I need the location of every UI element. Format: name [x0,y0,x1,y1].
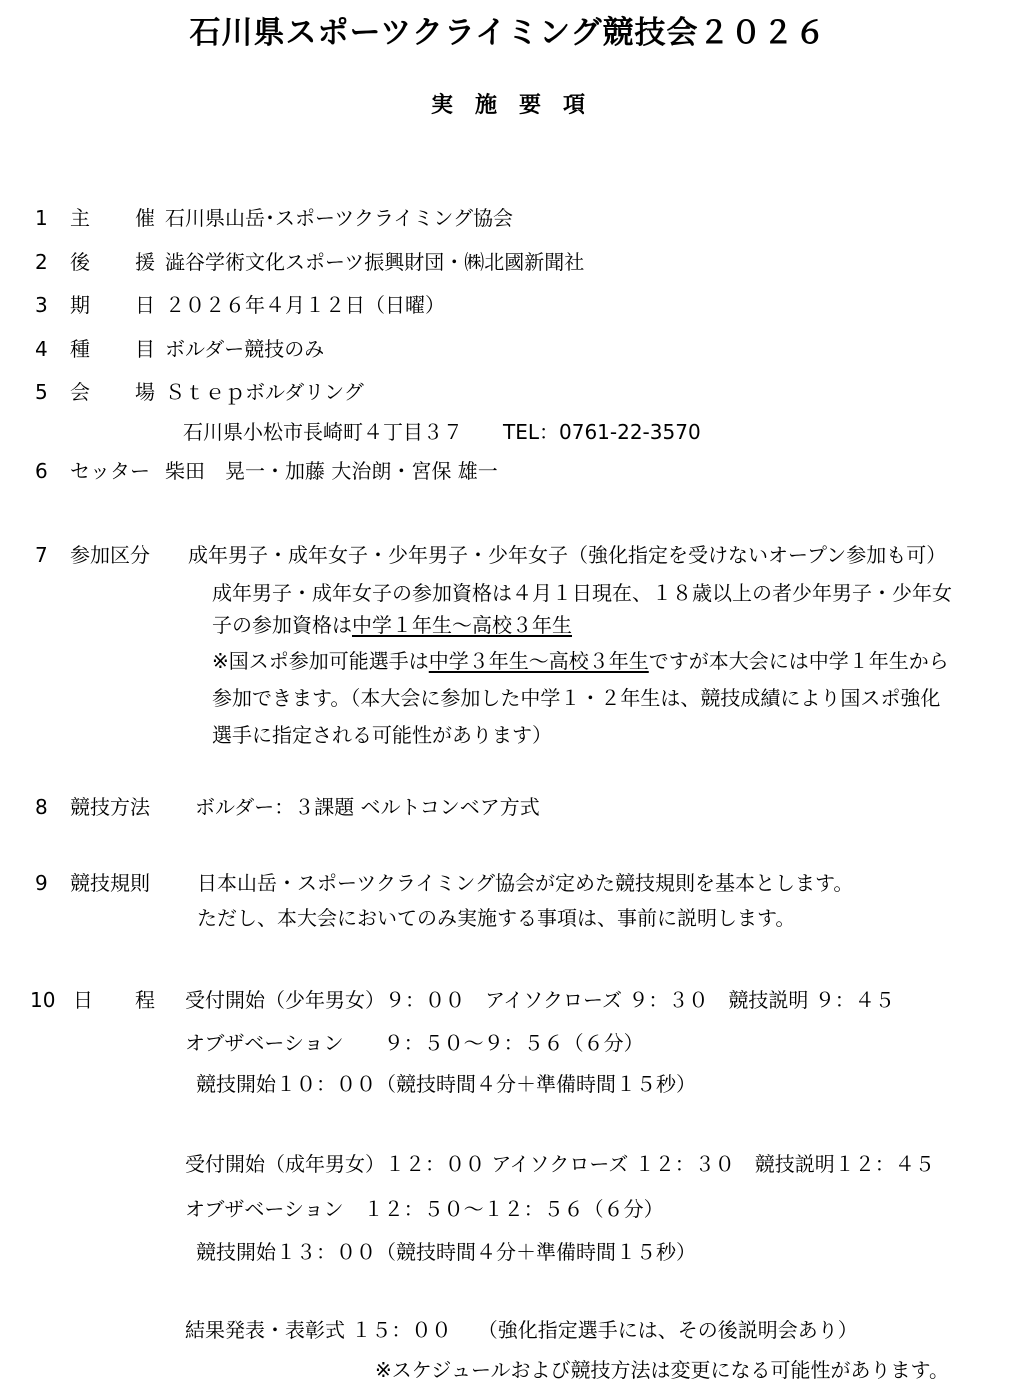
item9-label: 競技規則 [70,871,150,895]
item10-label-char2: 程 [135,988,155,1012]
item5-venue-address: 石川県小松市長崎町４丁目３７ TEL：0761-22-3570 [183,420,701,444]
item2-content: 澁谷学術文化スポーツ振興財団・㈱北國新聞社 [165,250,584,274]
schedule-change-note: ※スケジュールおよび競技方法は変更になる可能性があります。 [375,1358,949,1382]
item7-eligibility-line1: 成年男子・成年女子の参加資格は４月１日現在、１８歳以上の者少年男子・少年女 [212,581,952,605]
item5-label-char1: 会 [70,380,90,404]
item7-content: 成年男子・成年女子・少年男子・少年女子（強化指定を受けないオープン参加も可） [188,543,946,567]
schedule-senior-start-line: 競技開始１３：００（競技時間４分＋準備時間１５秒） [196,1240,696,1264]
item4-content: ボルダー競技のみ [165,337,324,361]
item6-label: セッター [70,459,150,483]
item6-number: 6 [35,459,48,483]
item1-label-char1: 主 [70,206,90,230]
item7-note-line3: 選手に指定される可能性があります） [212,723,552,747]
item8-number: 8 [35,795,48,819]
item3-number: 3 [35,293,48,317]
item7-note-line1-suffix: ですが本大会には中学１年生から [649,649,949,673]
item7-note-line1-prefix: ※国スポ参加可能選手は [212,649,429,673]
item10-number: 10 [30,988,55,1012]
schedule-junior-observation-line: オブザベーション ９：５０～９：５６（６分） [185,1031,644,1055]
item1-content: 石川県山岳･スポーツクライミング協会 [165,206,513,230]
item9-number: 9 [35,871,48,895]
item5-content: Ｓｔｅｐボルダリング [165,380,364,404]
item7-eligibility-line2: 子の参加資格は中学１年生～高校３年生 [212,613,572,637]
document-title: 石川県スポーツクライミング競技会２０２６ [0,16,1016,50]
item7-label: 参加区分 [70,543,150,567]
document-subtitle: 実 施 要 項 [0,93,1016,119]
item7-note-line1-underlined: 中学３年生～高校３年生 [429,649,649,673]
item7-note-line1: ※国スポ参加可能選手は中学３年生～高校３年生ですが本大会には中学１年生から [212,649,949,673]
schedule-results-ceremony-line: 結果発表・表彰式 １５：００ （強化指定選手には、その後説明会あり） [185,1318,858,1342]
item6-content: 柴田 晃一・加藤 大治朗・宮保 雄一 [165,459,498,483]
item7-number: 7 [35,543,48,567]
item2-label-char1: 後 [70,250,90,274]
item4-number: 4 [35,337,48,361]
item2-label-char2: 援 [135,250,155,274]
item1-label-char2: 催 [135,206,155,230]
item1-number: 1 [35,206,48,230]
schedule-junior-reception-line: 受付開始（少年男女）９：００ アイソクローズ ９：３０ 競技説明 ９：４５ [185,988,895,1012]
item2-number: 2 [35,250,48,274]
item4-label-char1: 種 [70,337,90,361]
item5-number: 5 [35,380,48,404]
item8-content: ボルダー：３課題 ベルトコンベア方式 [195,795,540,819]
item8-label: 競技方法 [70,795,150,819]
item3-label-char2: 日 [135,293,155,317]
item7-eligibility-line2-underlined: 中学１年生～高校３年生 [352,613,572,637]
document-page: 石川県スポーツクライミング競技会２０２６ 実 施 要 項 1 主 催 石川県山岳… [0,0,1016,1399]
item3-content: ２０２６年４月１２日（日曜） [165,293,445,317]
item4-label-char2: 目 [135,337,155,361]
item9-content-line2: ただし、本大会においてのみ実施する事項は、事前に説明します。 [197,906,795,930]
schedule-junior-start-line: 競技開始１０：００（競技時間４分＋準備時間１５秒） [196,1072,696,1096]
item10-label-char1: 日 [73,988,93,1012]
item7-eligibility-line2-prefix: 子の参加資格は [212,613,352,637]
item5-label-char2: 場 [135,380,155,404]
schedule-senior-observation-line: オブザベーション １２：５０～１２：５６（６分） [185,1197,664,1221]
item3-label-char1: 期 [70,293,90,317]
item7-note-line2: 参加できます。（本大会に参加した中学１・２年生は、競技成績により国スポ強化 [212,686,940,710]
item9-content-line1: 日本山岳・スポーツクライミング協会が定めた競技規則を基本とします。 [197,871,853,895]
schedule-senior-reception-line: 受付開始（成年男女）１２：００ アイソクローズ １２：３０ 競技説明１２：４５ [185,1152,935,1176]
